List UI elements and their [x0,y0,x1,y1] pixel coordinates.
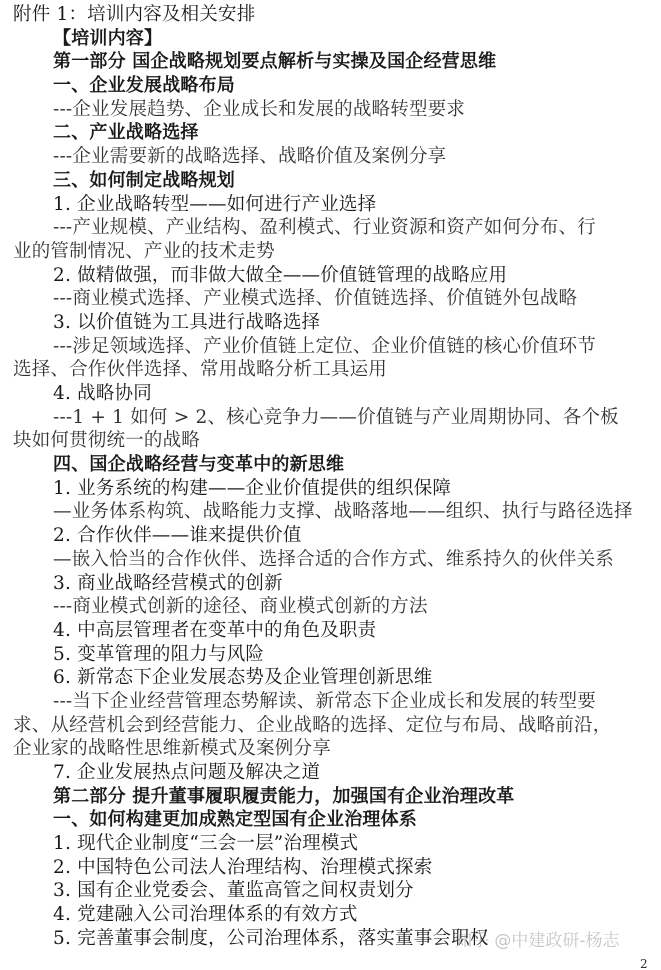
text-line: 2. 中国特色公司法人治理结构、治理模式探索 [0,856,661,880]
text-line: ---涉足领域选择、产业价值链上定位、企业价值链的核心价值环节 [0,335,661,359]
text-line: 第二部分 提升董事履职履责能力，加强国有企业治理改革 [0,785,661,809]
text-line: 1. 业务系统的构建——企业价值提供的组织保障 [0,477,661,501]
text-line: ---产业规模、产业结构、盈利模式、行业资源和资产如何分布、行 [0,216,661,240]
text-line: 第一部分 国企战略规划要点解析与实操及国企经营思维 [0,50,661,74]
text-line: 一、企业发展战略布局 [0,74,661,98]
text-line: 选择、合作伙伴选择、常用战略分析工具运用 [0,358,661,382]
text-line: 5. 变革管理的阻力与风险 [0,643,661,667]
text-line: 企业家的战略性思维新模式及案例分享 [0,737,661,761]
text-line: 4. 中高层管理者在变革中的角色及职责 [0,619,661,643]
text-line: —业务体系构筑、战略能力支撑、战略落地——组织、执行与路径选择 [0,500,661,524]
text-line: ---商业模式选择、产业模式选择、价值链选择、价值链外包战略 [0,287,661,311]
text-line: 4. 战略协同 [0,382,661,406]
watermark: 知乎 @中建政研-杨志 [455,926,620,951]
text-line: 三、如何制定战略规划 [0,169,661,193]
text-line: 2. 合作伙伴——谁来提供价值 [0,524,661,548]
text-line: ---1 + 1 如何 > 2、核心竞争力——价值链与产业周期协同、各个板 [0,406,661,430]
text-line: 6. 新常态下企业发展态势及企业管理创新思维 [0,666,661,690]
text-line: 【培训内容】 [0,27,661,51]
text-line: —嵌入恰当的合作伙伴、选择合适的合作方式、维系持久的伙伴关系 [0,548,661,572]
text-line: 一、如何构建更加成熟定型国有企业治理体系 [0,808,661,832]
text-line: 业的管制情况、产业的技术走势 [0,240,661,264]
text-line: ---当下企业经营管理态势解读、新常态下企业成长和发展的转型要 [0,690,661,714]
text-line: 块如何贯彻统一的战略 [0,429,661,453]
text-line: 3. 国有企业党委会、董监高管之间权责划分 [0,879,661,903]
text-line: 7. 企业发展热点问题及解决之道 [0,761,661,785]
text-line: 3. 以价值链为工具进行战略选择 [0,311,661,335]
text-line: 4. 党建融入公司治理体系的有效方式 [0,903,661,927]
text-line: ---商业模式创新的途径、商业模式创新的方法 [0,595,661,619]
text-line: 求、从经营机会到经营能力、企业战略的选择、定位与布局、战略前沿， [0,714,661,738]
document-page: 附件 1：培训内容及相关安排【培训内容】第一部分 国企战略规划要点解析与实操及国… [0,3,661,951]
text-line: 1. 企业战略转型——如何进行产业选择 [0,193,661,217]
text-line: ---企业需要新的战略选择、战略价值及案例分享 [0,145,661,169]
text-line: 2. 做精做强，而非做大做全——价值链管理的战略应用 [0,264,661,288]
text-line: 四、国企战略经营与变革中的新思维 [0,453,661,477]
page-number: 2 [640,957,648,970]
text-line: 1. 现代企业制度“三会一层”治理模式 [0,832,661,856]
text-line: 附件 1：培训内容及相关安排 [0,3,661,27]
text-line: 3. 商业战略经营模式的创新 [0,572,661,596]
text-line: 二、产业战略选择 [0,121,661,145]
text-line: ---企业发展趋势、企业成长和发展的战略转型要求 [0,98,661,122]
